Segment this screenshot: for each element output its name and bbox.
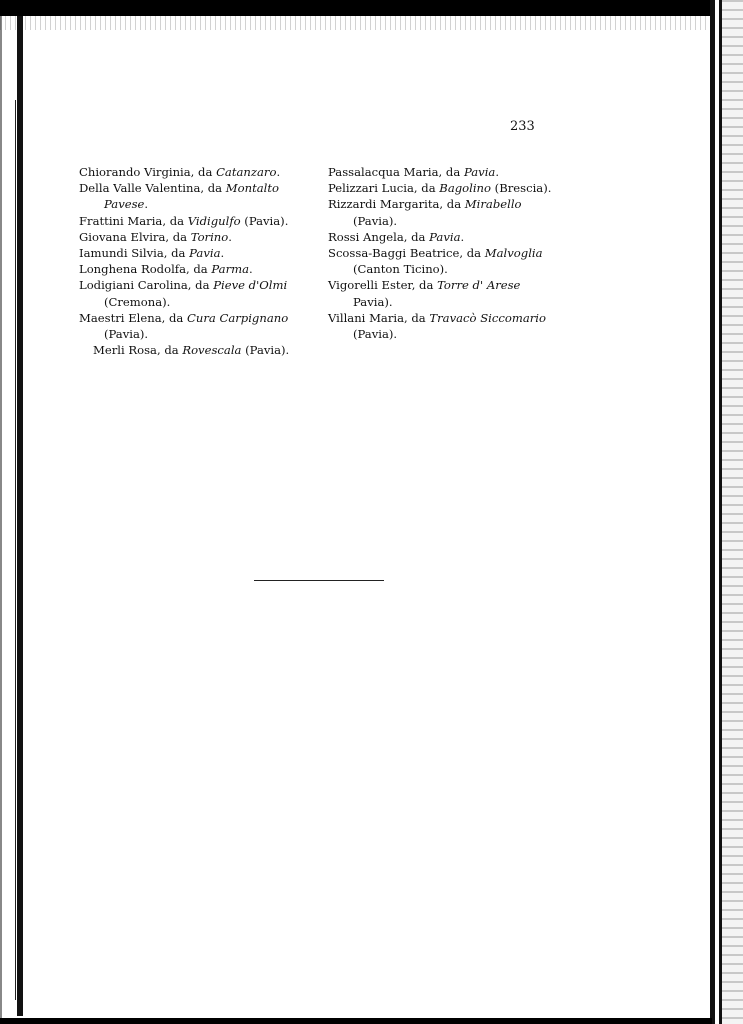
name-list-left: Chiorando Virginia, da Catanzaro. Della … [79, 164, 314, 358]
list-entry: Rossi Angela, da Pavia. [328, 229, 558, 245]
book-gutter-line [15, 100, 16, 1000]
book-edge-right [710, 0, 715, 1024]
scan-bottom-shadow [0, 1018, 712, 1024]
list-entry: Della Valle Valentina, da Montalto Paves… [79, 180, 314, 212]
scan-left-edge [0, 0, 2, 1024]
name-list-right: Passalacqua Maria, da Pavia. Pelizzari L… [328, 164, 558, 342]
page-number: 233 [510, 119, 535, 134]
list-entry: Lodigiani Carolina, da Pieve d'Olmi (Cre… [79, 277, 314, 309]
scan-top-shadow [0, 0, 712, 16]
list-entry: Longhena Rodolfa, da Parma. [79, 261, 314, 277]
list-entry: Passalacqua Maria, da Pavia. [328, 164, 558, 180]
scan-top-noise [0, 16, 712, 30]
list-entry: Villani Maria, da Travacò Siccomario (Pa… [328, 310, 558, 342]
list-entry: Iamundi Silvia, da Pavia. [79, 245, 314, 261]
list-entry: Vigorelli Ester, da Torre d' Arese Pavia… [328, 277, 558, 309]
list-entry: Rizzardi Margarita, da Mirabello (Pavia)… [328, 196, 558, 228]
list-entry: Scossa-Baggi Beatrice, da Malvoglia (Can… [328, 245, 558, 277]
list-entry: Maestri Elena, da Cura Carpignano (Pavia… [79, 310, 314, 342]
section-end-rule [254, 580, 384, 581]
book-gutter-left [17, 16, 23, 1016]
list-entry: Frattini Maria, da Vidigulfo (Pavia). [79, 213, 314, 229]
adjacent-page-strip [722, 0, 743, 1024]
list-entry: Pelizzari Lucia, da Bagolino (Brescia). [328, 180, 558, 196]
list-entry: Giovana Elvira, da Torino. [79, 229, 314, 245]
list-entry: Chiorando Virginia, da Catanzaro. [79, 164, 314, 180]
list-entry: Merli Rosa, da Rovescala (Pavia). [79, 342, 314, 358]
